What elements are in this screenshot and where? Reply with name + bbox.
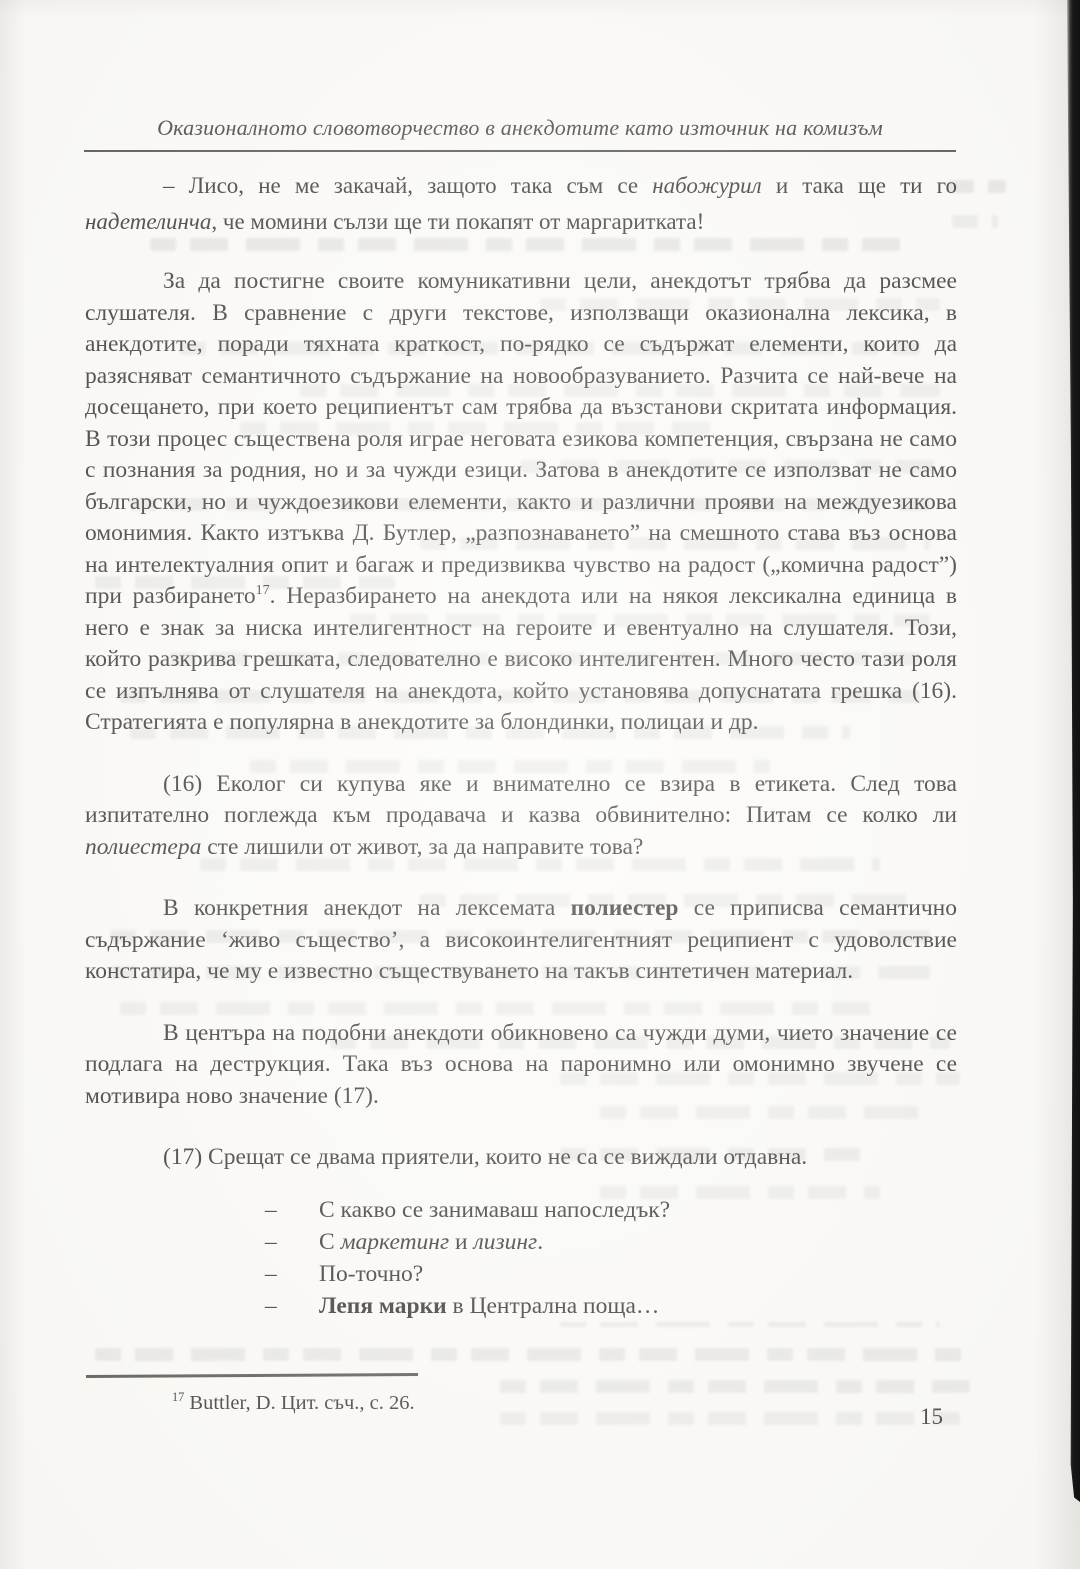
- dialogue-line: – С какво се занимаваш напоследък?: [85, 1194, 957, 1226]
- bleed-through-ghost: [95, 1348, 965, 1361]
- footnote-separator: [86, 1373, 418, 1378]
- scanned-book-page: Оказионалното словотворчество в анекдоти…: [0, 0, 1080, 1569]
- foreign-words-paragraph: В центъра на подобни анекдоти обикновено…: [85, 1018, 957, 1113]
- dialogue-dash: –: [265, 1226, 319, 1258]
- example-17-intro-paragraph: (17) Срещат се двама приятели, които не …: [85, 1142, 957, 1174]
- dialogue-text: Лепя марки в Централна поща…: [319, 1290, 659, 1322]
- dialogue-line: – С маркетинг и лизинг.: [85, 1226, 957, 1258]
- dialogue-text: По-точно?: [319, 1258, 423, 1290]
- dialogue-line: – Лепя марки в Централна поща…: [85, 1290, 957, 1322]
- bleed-through-ghost: [500, 1412, 960, 1425]
- page-body: – Лисо, не ме закачай, защото така съм с…: [85, 168, 957, 1322]
- dialogue-line: – По-точно?: [85, 1258, 957, 1290]
- example-15-continuation-paragraph: – Лисо, не ме закачай, защото така съм с…: [85, 168, 957, 240]
- example-16-paragraph: (16) Еколог си купува яке и внимателно с…: [85, 769, 957, 864]
- bleed-through-ghost: [952, 215, 998, 228]
- polyester-analysis-paragraph: В конкретния анекдот на лексемата полиес…: [85, 893, 957, 988]
- bleed-through-ghost: [500, 1380, 970, 1393]
- example-17-dialogue: – С какво се занимаваш напоследък? – С м…: [85, 1194, 957, 1322]
- dialogue-dash: –: [265, 1194, 319, 1226]
- scan-edge-band: [1067, 0, 1080, 1502]
- main-body-paragraph: За да постигне своите комуникативни цели…: [85, 266, 957, 739]
- dialogue-text: С какво се занимаваш напоследък?: [319, 1194, 670, 1226]
- dialogue-text: С маркетинг и лизинг.: [319, 1226, 543, 1258]
- page-number: 15: [920, 1404, 943, 1430]
- dialogue-dash: –: [265, 1258, 319, 1290]
- running-header: Оказионалното словотворчество в анекдоти…: [84, 114, 956, 152]
- bleed-through-ghost: [560, 1322, 940, 1327]
- dialogue-dash: –: [265, 1290, 319, 1322]
- footnote-17: 17 Buttler, D. Цит. съч., с. 26.: [172, 1390, 415, 1416]
